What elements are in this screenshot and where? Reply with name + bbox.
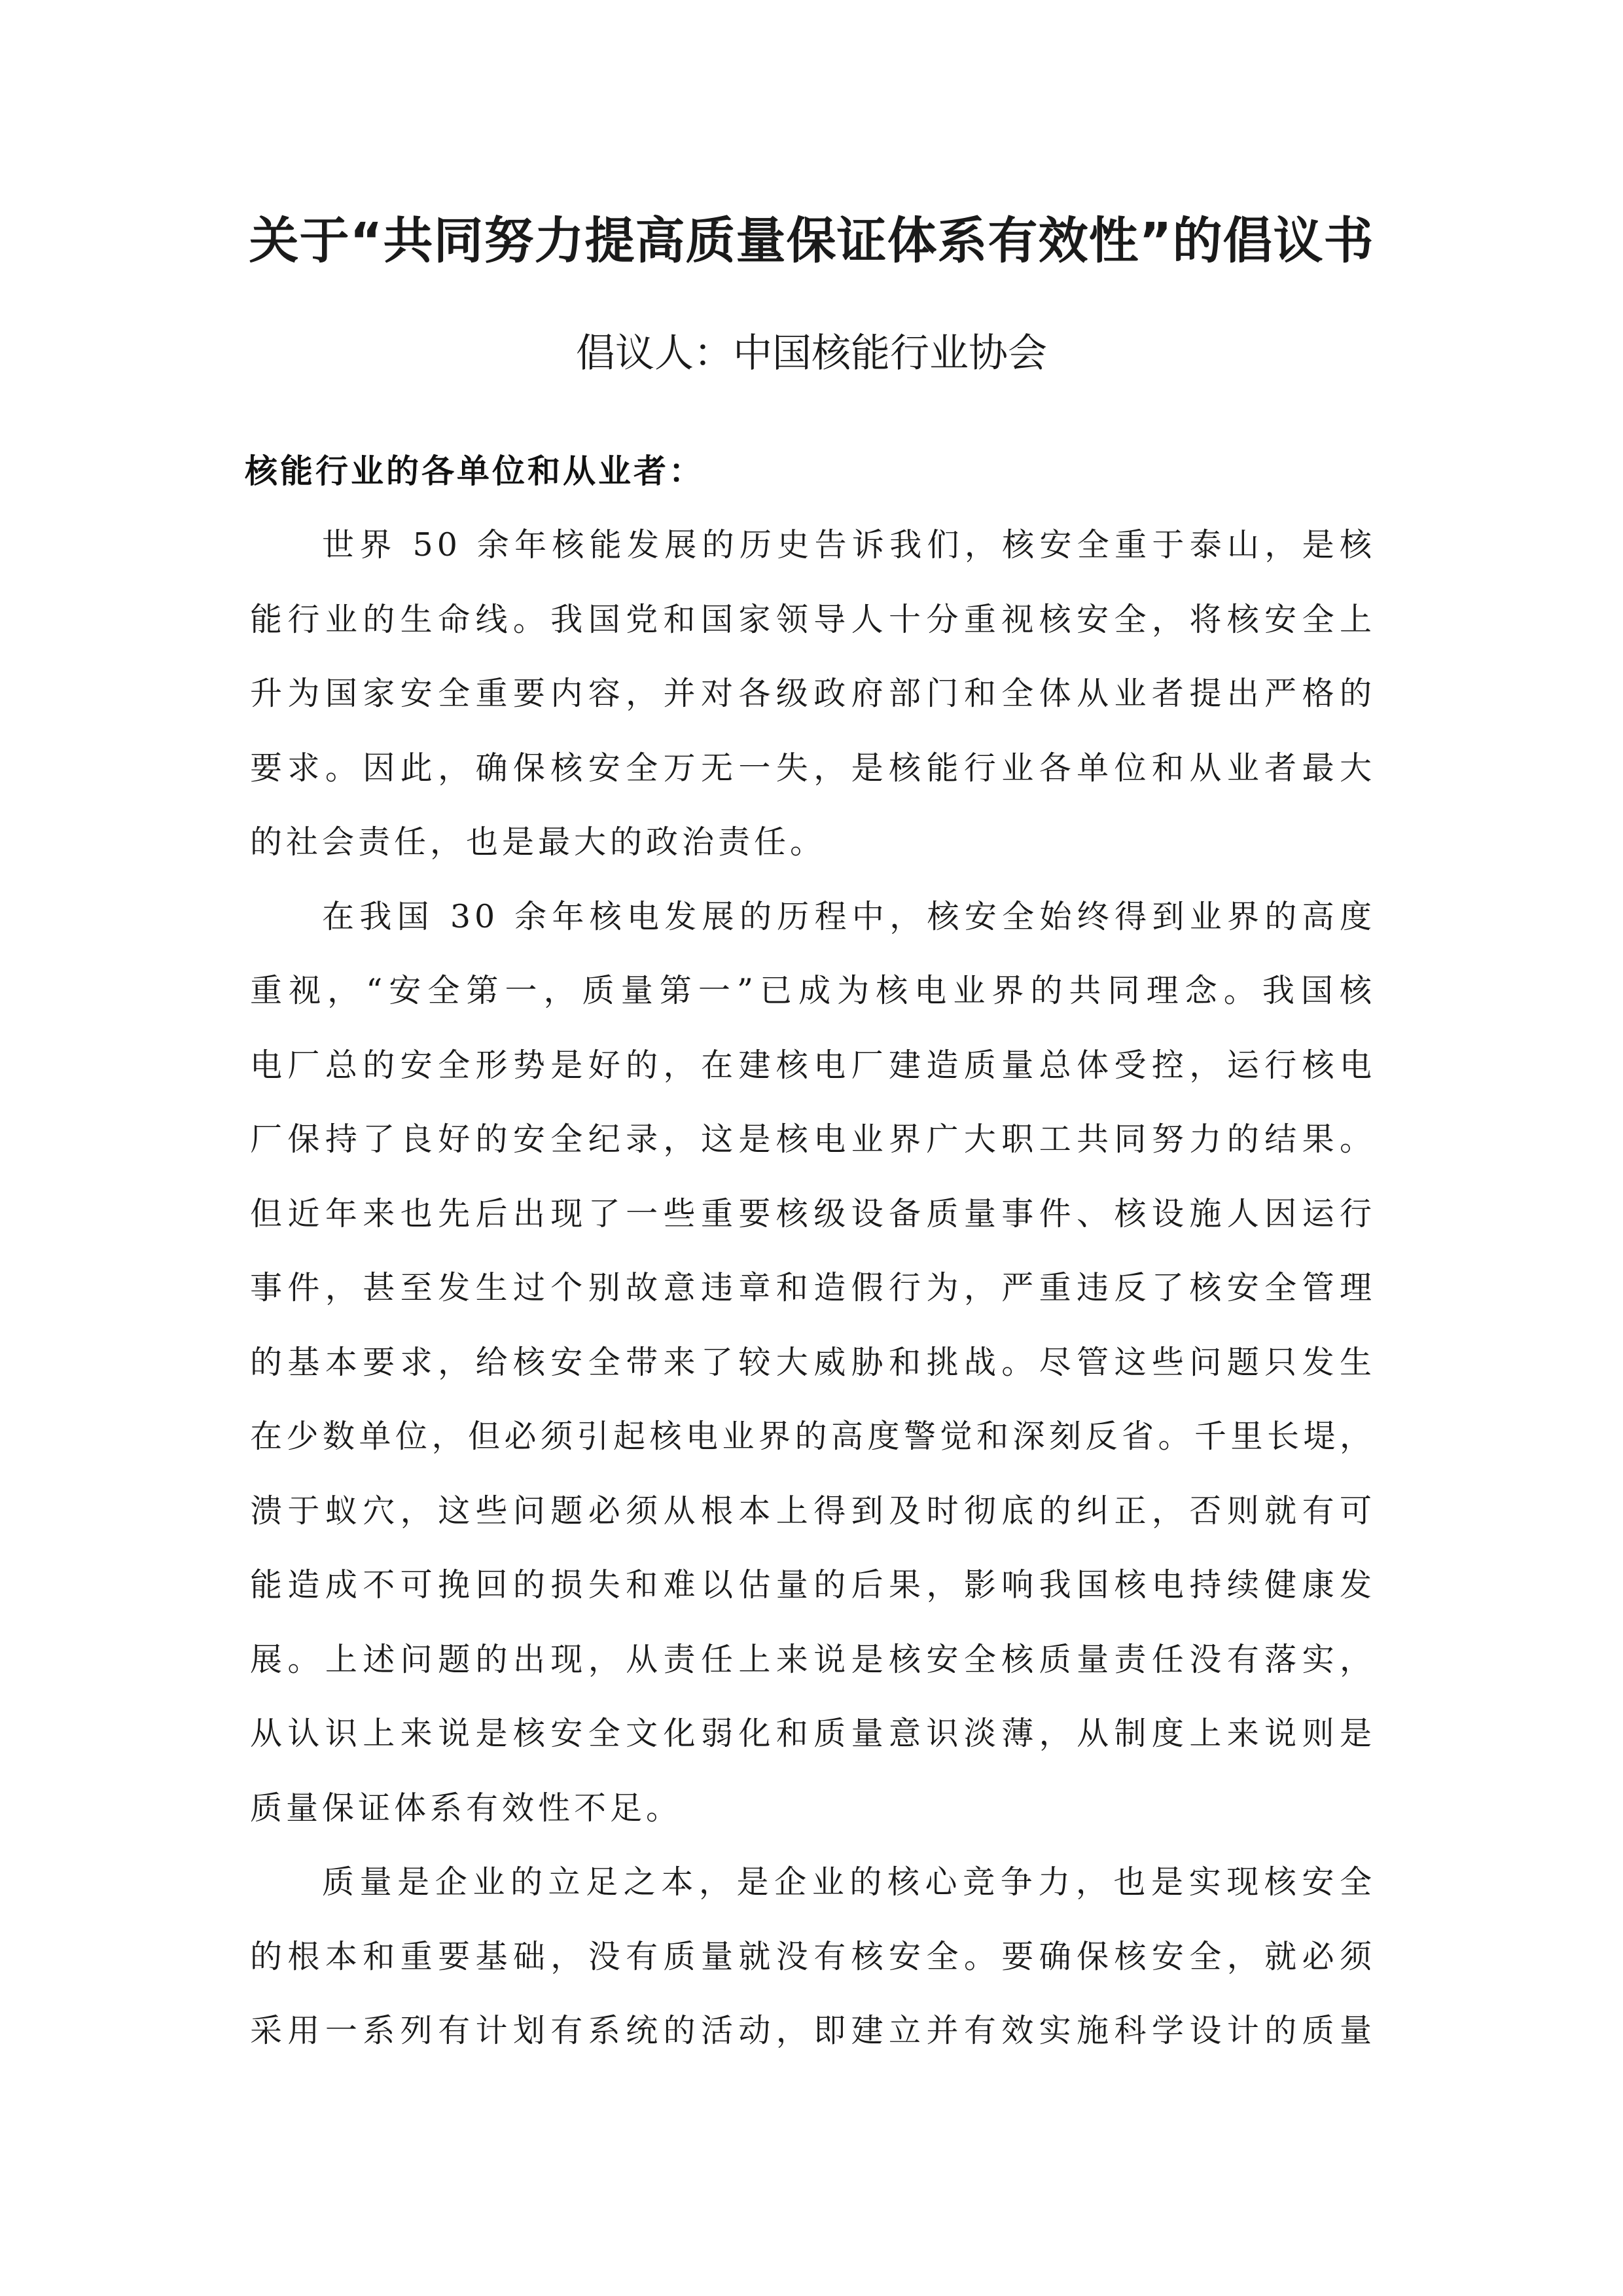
- document-title: 关于“共同努力提高质量保证体系有效性”的倡议书: [0, 209, 1623, 272]
- salutation: 核能行业的各单位和从业者：: [245, 445, 704, 497]
- paragraph-2-line-4: 厂保持了良好的安全纪录，这是核电业界广大职工共同努力的结果。: [250, 1102, 1376, 1177]
- paragraph-1-line-2: 能行业的生命线。我国党和国家领导人十分重视核安全，将核安全上: [250, 583, 1376, 657]
- paragraph-2-line-6: 事件，甚至发生过个别故意违章和造假行为，严重违反了核安全管理: [250, 1251, 1376, 1325]
- paragraph-2-line-9: 溃于蚁穴，这些问题必须从根本上得到及时彻底的纠正，否则就有可: [250, 1474, 1376, 1549]
- paragraph-2-line-8: 在少数单位，但必须引起核电业界的高度警觉和深刻反省。千里长堤，: [250, 1399, 1376, 1474]
- paragraph-2-line-7: 的基本要求，给核安全带来了较大威胁和挑战。尽管这些问题只发生: [250, 1325, 1376, 1400]
- paragraph-2-line-13: 质量保证体系有效性不足。: [250, 1771, 1376, 1846]
- paragraph-2-line-11: 展。上述问题的出现，从责任上来说是核安全核质量责任没有落实，: [250, 1623, 1376, 1697]
- document-proposer: 倡议人：中国核能行业协会: [0, 327, 1623, 380]
- paragraph-2-line-3: 电厂总的安全形势是好的，在建核电厂建造质量总体受控，运行核电: [250, 1028, 1376, 1103]
- paragraph-2-line-10: 能造成不可挽回的损失和难以估量的后果，影响我国核电持续健康发: [250, 1548, 1376, 1623]
- document-body: 世界 50 余年核能发展的历史告诉我们，核安全重于泰山，是核 能行业的生命线。我…: [250, 508, 1376, 2068]
- paragraph-1-line-3: 升为国家安全重要内容，并对各级政府部门和全体从业者提出严格的: [250, 656, 1376, 731]
- paragraph-2-line-12: 从认识上来说是核安全文化弱化和质量意识淡薄，从制度上来说则是: [250, 1696, 1376, 1771]
- document-page: 关于“共同努力提高质量保证体系有效性”的倡议书 倡议人：中国核能行业协会 核能行…: [0, 0, 1623, 2296]
- paragraph-1-line-1: 世界 50 余年核能发展的历史告诉我们，核安全重于泰山，是核: [250, 508, 1376, 583]
- paragraph-3-line-3: 采用一系列有计划有系统的活动，即建立并有效实施科学设计的质量: [250, 1994, 1376, 2068]
- paragraph-1-line-5: 的社会责任，也是最大的政治责任。: [250, 805, 1376, 880]
- paragraph-2-line-2: 重视，“安全第一，质量第一”已成为核电业界的共同理念。我国核: [250, 954, 1376, 1028]
- paragraph-1-line-4: 要求。因此，确保核安全万无一失，是核能行业各单位和从业者最大: [250, 731, 1376, 806]
- paragraph-3-line-1: 质量是企业的立足之本，是企业的核心竞争力，也是实现核安全: [250, 1845, 1376, 1920]
- paragraph-2-line-5: 但近年来也先后出现了一些重要核级设备质量事件、核设施人因运行: [250, 1177, 1376, 1251]
- paragraph-2-line-1: 在我国 30 余年核电发展的历程中，核安全始终得到业界的高度: [250, 880, 1376, 954]
- paragraph-3-line-2: 的根本和重要基础，没有质量就没有核安全。要确保核安全，就必须: [250, 1920, 1376, 1994]
